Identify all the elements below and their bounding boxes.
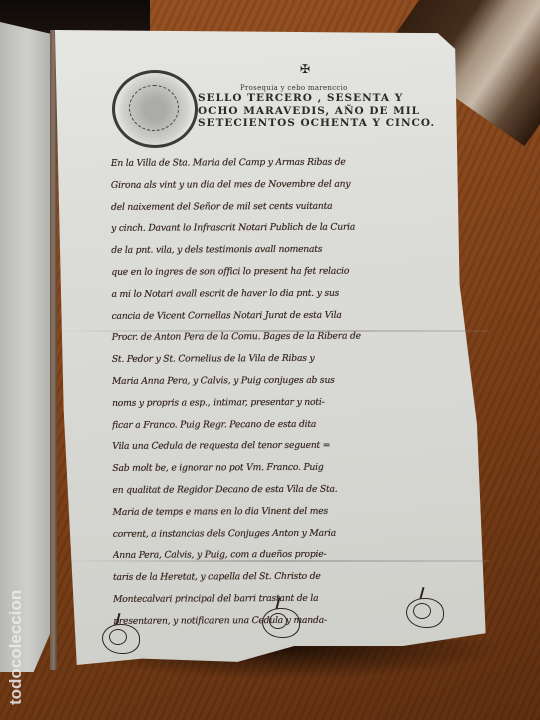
seal-coat-of-arms — [129, 85, 179, 131]
manuscript-line: en qualitat de Regidor Decano de esta Vi… — [112, 478, 442, 502]
manuscript-line: que en lo ingres de son offici lo presen… — [111, 260, 441, 284]
stamp-heading: SELLO TERCERO , SESENTA Y OCHO MARAVEDIS… — [198, 92, 438, 130]
manuscript-line: Girona als vint y un dia del mes de Nove… — [111, 173, 441, 197]
signature-rubric-center — [262, 608, 300, 638]
watermark-text: todocoleccion — [6, 545, 28, 705]
royal-seal-stamp — [112, 70, 198, 148]
manuscript-line: cancia de Vicent Cornellas Notari Jurat … — [112, 304, 442, 328]
manuscript-line: Vila una Cedula de requesta del tenor se… — [112, 434, 442, 458]
stamp-subheader: Prosequia y cebo marenccio — [240, 84, 348, 92]
manuscript-line: Sab molt be, e ignorar no pot Vm. Franco… — [112, 456, 442, 480]
cross-icon: ✠ — [300, 62, 310, 76]
manuscript-line: En la Villa de Sta. Maria del Camp y Arm… — [111, 151, 441, 175]
manuscript-line: corrent, a instancias dels Conjuges Anto… — [113, 522, 443, 546]
signature-rubric-right — [406, 598, 444, 628]
signature-rubric-left — [102, 624, 140, 654]
manuscript-line: a mi lo Notari avall escrit de haver lo … — [111, 282, 441, 306]
manuscript-line: Maria Anna Pera, y Calvis, y Puig conjug… — [112, 369, 442, 393]
manuscript-line: Procr. de Anton Pera de la Comu. Bages d… — [112, 326, 442, 350]
manuscript-line: y cinch. Davant lo Infrascrit Notari Pub… — [111, 217, 441, 241]
manuscript-line: Maria de temps e mans en lo dia Vinent d… — [113, 500, 443, 524]
manuscript-line: de la pnt. vila, y dels testimonis avall… — [111, 238, 441, 262]
manuscript-line: taris de la Heretat, y capella del St. C… — [113, 565, 443, 589]
manuscript-line: del naixement del Señor de mil set cents… — [111, 195, 441, 219]
manuscript-line: St. Pedor y St. Cornelius de la Vila de … — [112, 347, 442, 371]
manuscript-text: En la Villa de Sta. Maria del Camp y Arm… — [111, 151, 444, 632]
manuscript-line: Anna Pera, Calvis, y Puig, com a dueños … — [113, 543, 443, 567]
manuscript-line: ficar a Franco. Puig Regr. Pecano de est… — [112, 413, 442, 437]
binding-spine — [50, 30, 57, 670]
manuscript-line: noms y propris a esp., intimar, presenta… — [112, 391, 442, 415]
